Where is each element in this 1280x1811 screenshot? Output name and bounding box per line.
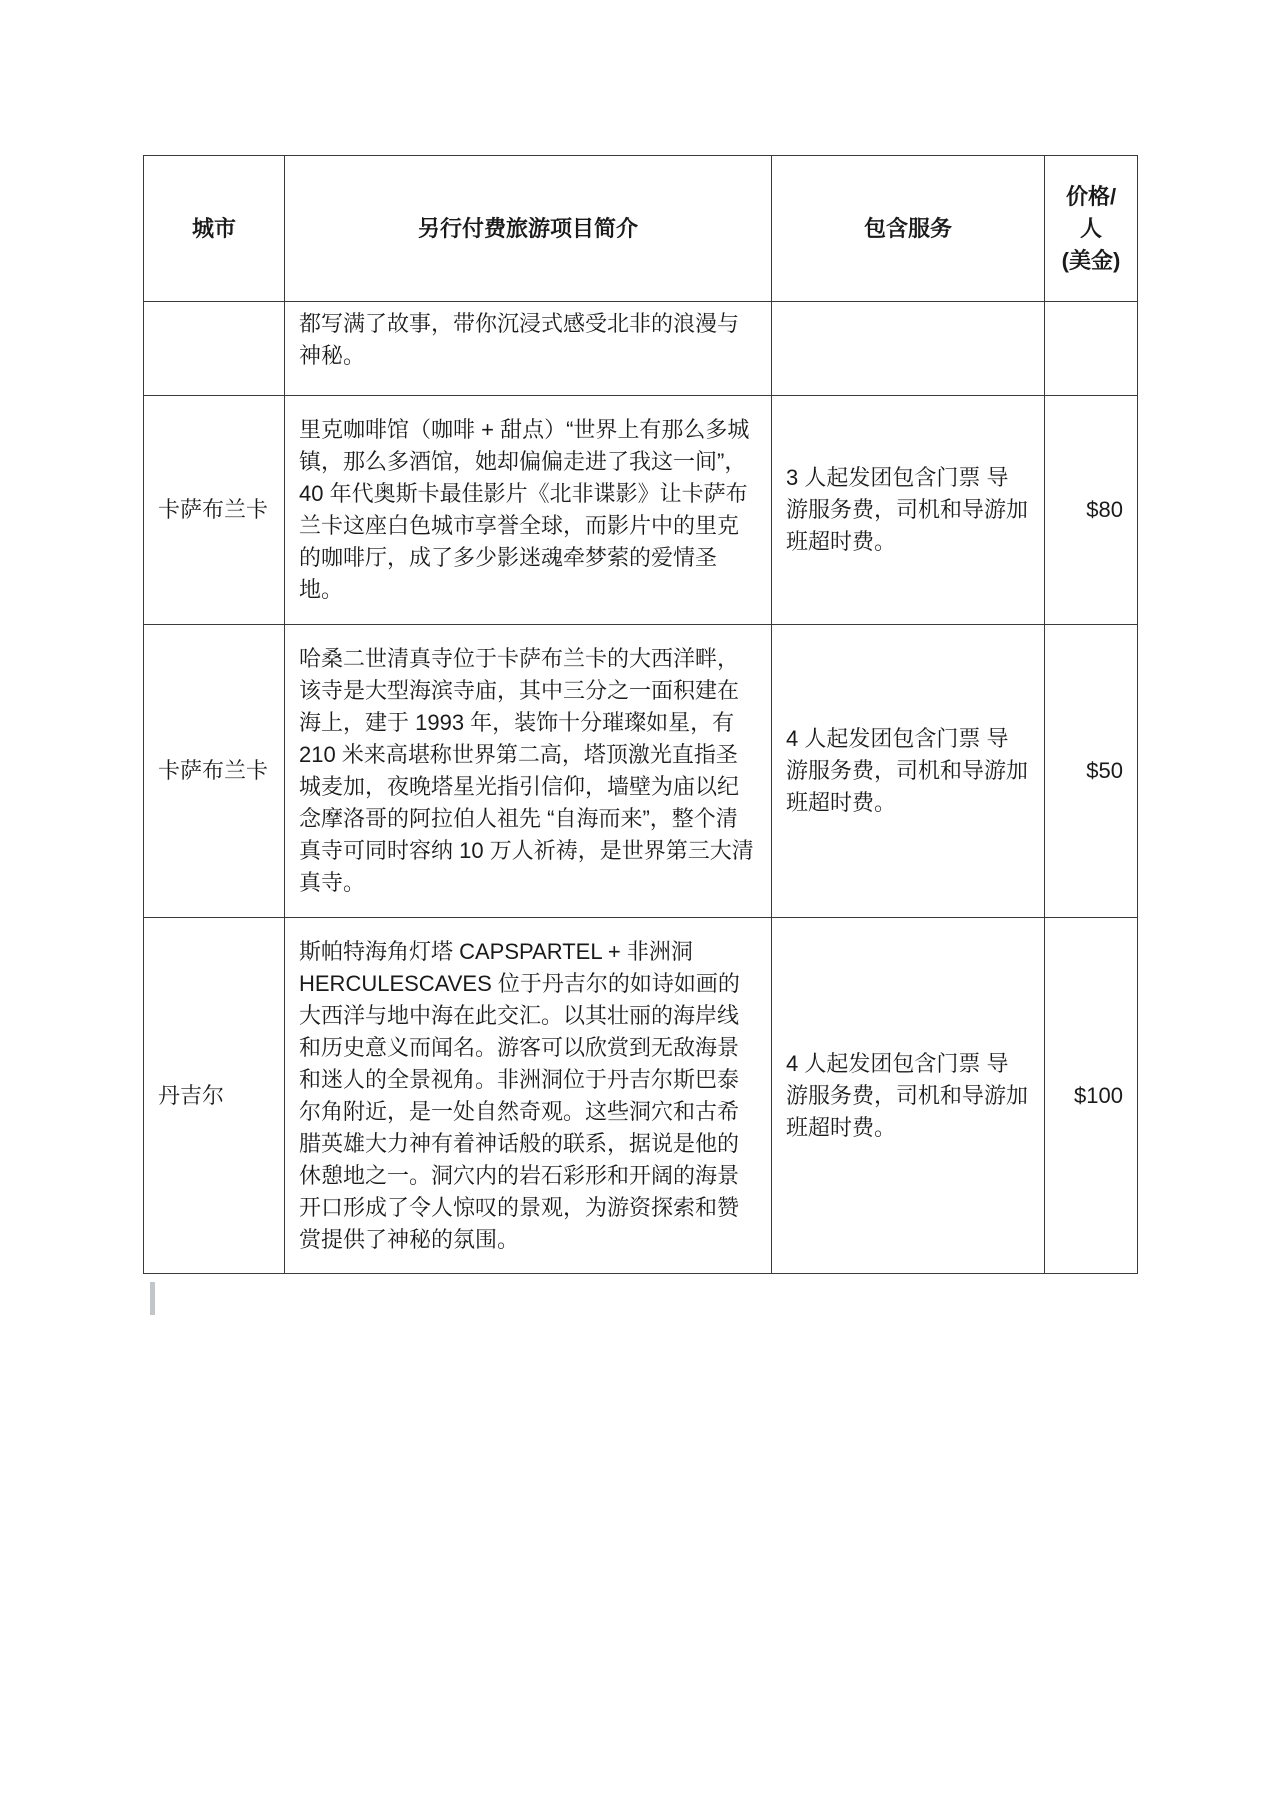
text-cursor-marker <box>150 1282 155 1315</box>
price-cell: $80 <box>1045 396 1138 625</box>
header-price-line1: 价格/ <box>1059 181 1123 213</box>
city-cell: 卡萨布兰卡 <box>144 396 285 625</box>
services-cell <box>772 302 1045 396</box>
header-city: 城市 <box>144 156 285 302</box>
header-price: 价格/ 人 (美金) <box>1045 156 1138 302</box>
description-cell: 斯帕特海角灯塔 CAPSPARTEL + 非洲洞 HERCULESCAVES 位… <box>285 918 772 1274</box>
services-cell: 4 人起发团包含门票 导游服务费，司机和导游加班超时费。 <box>772 918 1045 1274</box>
header-services: 包含服务 <box>772 156 1045 302</box>
city-cell <box>144 302 285 396</box>
description-cell: 都写满了故事，带你沉浸式感受北非的浪漫与神秘。 <box>285 302 772 396</box>
price-cell: $50 <box>1045 625 1138 918</box>
table-row: 卡萨布兰卡 哈桑二世清真寺位于卡萨布兰卡的大西洋畔，该寺是大型海滨寺庙，其中三分… <box>144 625 1138 918</box>
description-cell: 哈桑二世清真寺位于卡萨布兰卡的大西洋畔，该寺是大型海滨寺庙，其中三分之一面积建在… <box>285 625 772 918</box>
services-cell: 3 人起发团包含门票 导游服务费，司机和导游加班超时费。 <box>772 396 1045 625</box>
tour-options-table: 城市 另行付费旅游项目简介 包含服务 价格/ 人 (美金) 都写满了故事，带你沉… <box>143 155 1138 1274</box>
table-header-row: 城市 另行付费旅游项目简介 包含服务 价格/ 人 (美金) <box>144 156 1138 302</box>
table-row: 卡萨布兰卡 里克咖啡馆（咖啡 + 甜点）“世界上有那么多城镇，那么多酒馆，她却偏… <box>144 396 1138 625</box>
description-cell: 里克咖啡馆（咖啡 + 甜点）“世界上有那么多城镇，那么多酒馆，她却偏偏走进了我这… <box>285 396 772 625</box>
document-page: 城市 另行付费旅游项目简介 包含服务 价格/ 人 (美金) 都写满了故事，带你沉… <box>0 0 1280 1811</box>
city-cell: 卡萨布兰卡 <box>144 625 285 918</box>
price-cell: $100 <box>1045 918 1138 1274</box>
header-price-line2: 人 <box>1059 213 1123 245</box>
services-cell: 4 人起发团包含门票 导游服务费，司机和导游加班超时费。 <box>772 625 1045 918</box>
table-row: 都写满了故事，带你沉浸式感受北非的浪漫与神秘。 <box>144 302 1138 396</box>
city-cell: 丹吉尔 <box>144 918 285 1274</box>
table-row: 丹吉尔 斯帕特海角灯塔 CAPSPARTEL + 非洲洞 HERCULESCAV… <box>144 918 1138 1274</box>
price-cell <box>1045 302 1138 396</box>
header-price-line3: (美金) <box>1059 245 1123 277</box>
header-description: 另行付费旅游项目简介 <box>285 156 772 302</box>
